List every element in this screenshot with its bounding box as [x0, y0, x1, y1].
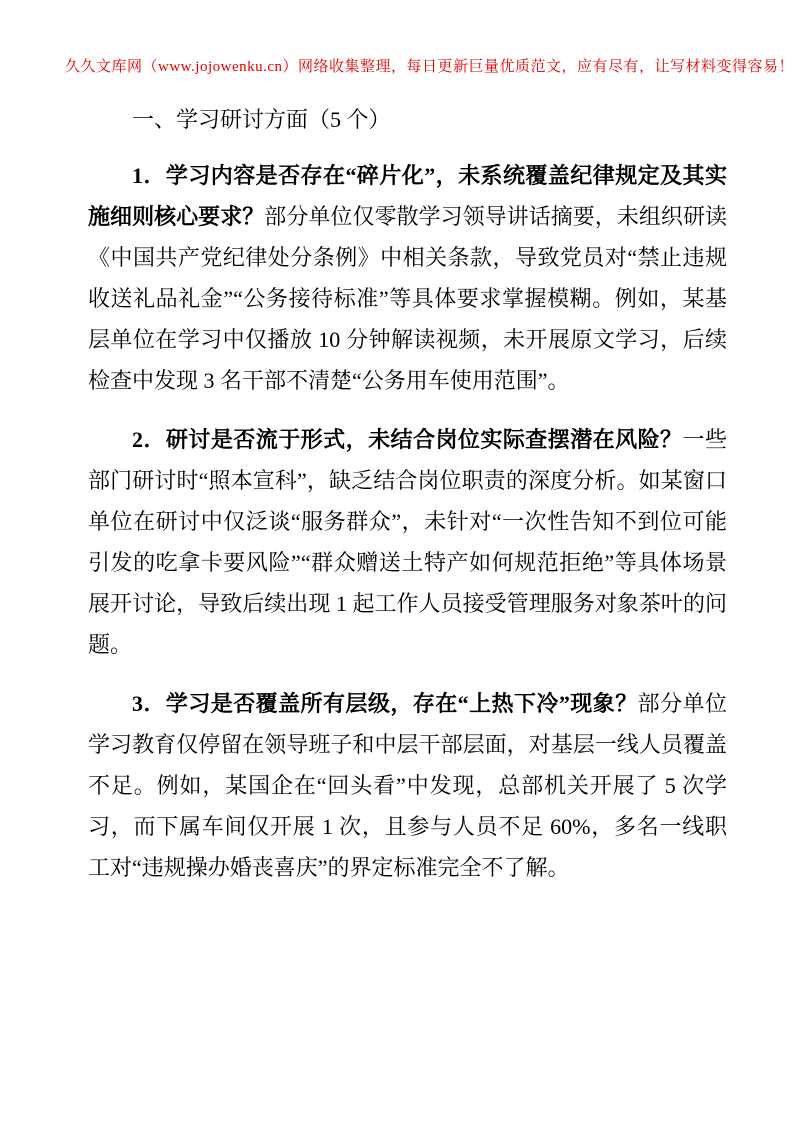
watermark-header: 久久文库网（www.jojowenku.cn）网络收集整理，每日更新巨量优质范文… — [65, 57, 727, 77]
document-page: 久久文库网（www.jojowenku.cn）网络收集整理，每日更新巨量优质范文… — [0, 0, 793, 1122]
paragraph-3-lead: 3．学习是否覆盖所有层级，存在“上热下冷”现象？ — [132, 691, 638, 716]
paragraph-2-body: 一些部门研讨时“照本宣科”，缺乏结合岗位职责的深度分析。如某窗口单位在研讨中仅泛… — [88, 427, 727, 657]
paragraph-2: 2．研讨是否流于形式，未结合岗位实际查摆潜在风险？一些部门研讨时“照本宣科”，缺… — [88, 419, 727, 665]
section-title: 一、学习研讨方面（5 个） — [88, 105, 727, 135]
paragraph-3: 3．学习是否覆盖所有层级，存在“上热下冷”现象？部分单位学习教育仅停留在领导班子… — [88, 683, 727, 888]
paragraph-1-body: 部分单位仅零散学习领导讲话摘要，未组织研读《中国共产党纪律处分条例》中相关条款，… — [88, 204, 727, 393]
paragraph-2-lead: 2．研讨是否流于形式，未结合岗位实际查摆潜在风险？ — [132, 427, 683, 452]
paragraph-1: 1．学习内容是否存在“碎片化”，未系统覆盖纪律规定及其实施细则核心要求？部分单位… — [88, 155, 727, 401]
paragraph-3-body: 部分单位学习教育仅停留在领导班子和中层干部层面，对基层一线人员覆盖不足。例如，某… — [88, 691, 727, 880]
